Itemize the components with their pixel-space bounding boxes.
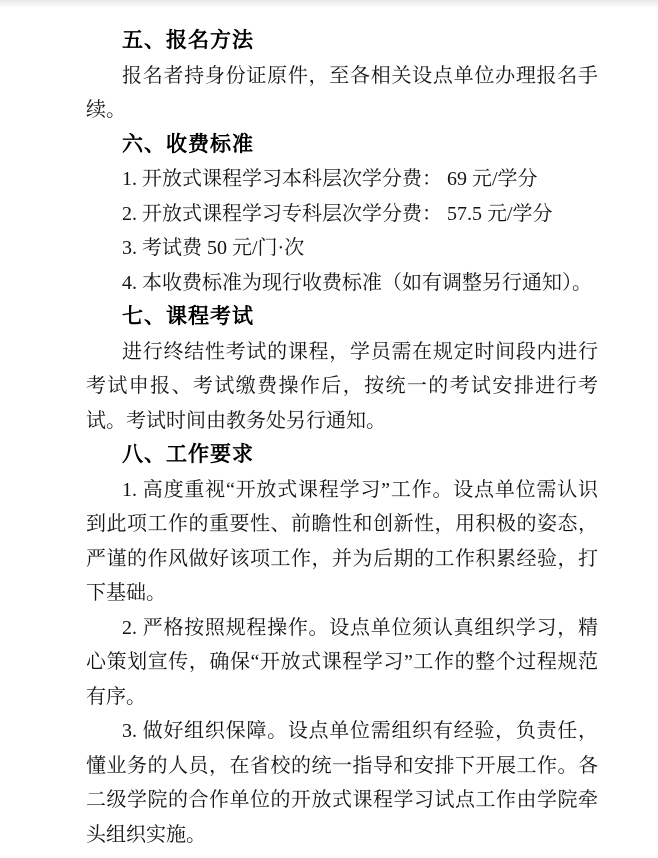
- document-page: 五、报名方法 报名者持身份证原件，至各相关设点单位办理报名手续。 六、收费标准 …: [0, 0, 658, 858]
- requirement-paragraph-2: 2. 严格按照规程操作。设点单位须认真组织学习，精心策划宣传，确保“开放式课程学…: [86, 611, 598, 715]
- fee-item-3: 3. 考试费 50 元/门·次: [86, 231, 598, 266]
- section-heading-course-exam: 七、课程考试: [86, 300, 598, 335]
- fee-item-2: 2. 开放式课程学习专科层次学分费： 57.5 元/学分: [86, 197, 598, 232]
- section-heading-fee-standard: 六、收费标准: [86, 128, 598, 163]
- requirement-paragraph-1: 1. 高度重视“开放式课程学习”工作。设点单位需认识到此项工作的重要性、前瞻性和…: [86, 473, 598, 611]
- document-content: 五、报名方法 报名者持身份证原件，至各相关设点单位办理报名手续。 六、收费标准 …: [86, 24, 598, 852]
- paragraph-course-exam: 进行终结性考试的课程，学员需在规定时间段内进行考试申报、考试缴费操作后，按统一的…: [86, 335, 598, 439]
- fee-item-4: 4. 本收费标准为现行收费标准（如有调整另行通知）。: [86, 266, 598, 301]
- section-heading-work-requirements: 八、工作要求: [86, 438, 598, 473]
- section-heading-registration-method: 五、报名方法: [86, 24, 598, 59]
- paragraph-registration-method: 报名者持身份证原件，至各相关设点单位办理报名手续。: [86, 59, 598, 128]
- page-top-edge: [0, 0, 658, 8]
- requirement-paragraph-3: 3. 做好组织保障。设点单位需组织有经验，负责任，懂业务的人员，在省校的统一指导…: [86, 714, 598, 852]
- fee-item-1: 1. 开放式课程学习本科层次学分费： 69 元/学分: [86, 162, 598, 197]
